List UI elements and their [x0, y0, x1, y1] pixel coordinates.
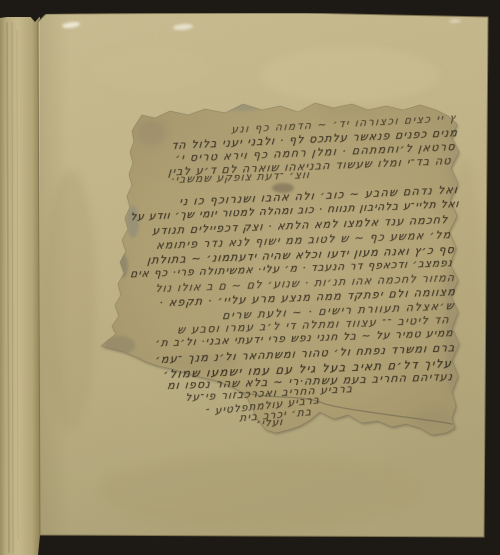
stain [127, 206, 139, 238]
manuscript-photo: ץ יי כצים וכצורהו יד׳ ~ הדמוה כף ונעמנים… [0, 0, 500, 555]
stain [44, 170, 96, 430]
stain [100, 454, 420, 526]
stain [310, 190, 450, 310]
stain [173, 353, 237, 371]
stain [272, 183, 294, 193]
stain [90, 48, 210, 92]
book-binding [0, 17, 40, 555]
stain [414, 409, 450, 427]
stain [260, 47, 440, 103]
binding-edge-strip [0, 17, 40, 555]
stain [137, 120, 167, 146]
photo-canvas [0, 0, 500, 555]
